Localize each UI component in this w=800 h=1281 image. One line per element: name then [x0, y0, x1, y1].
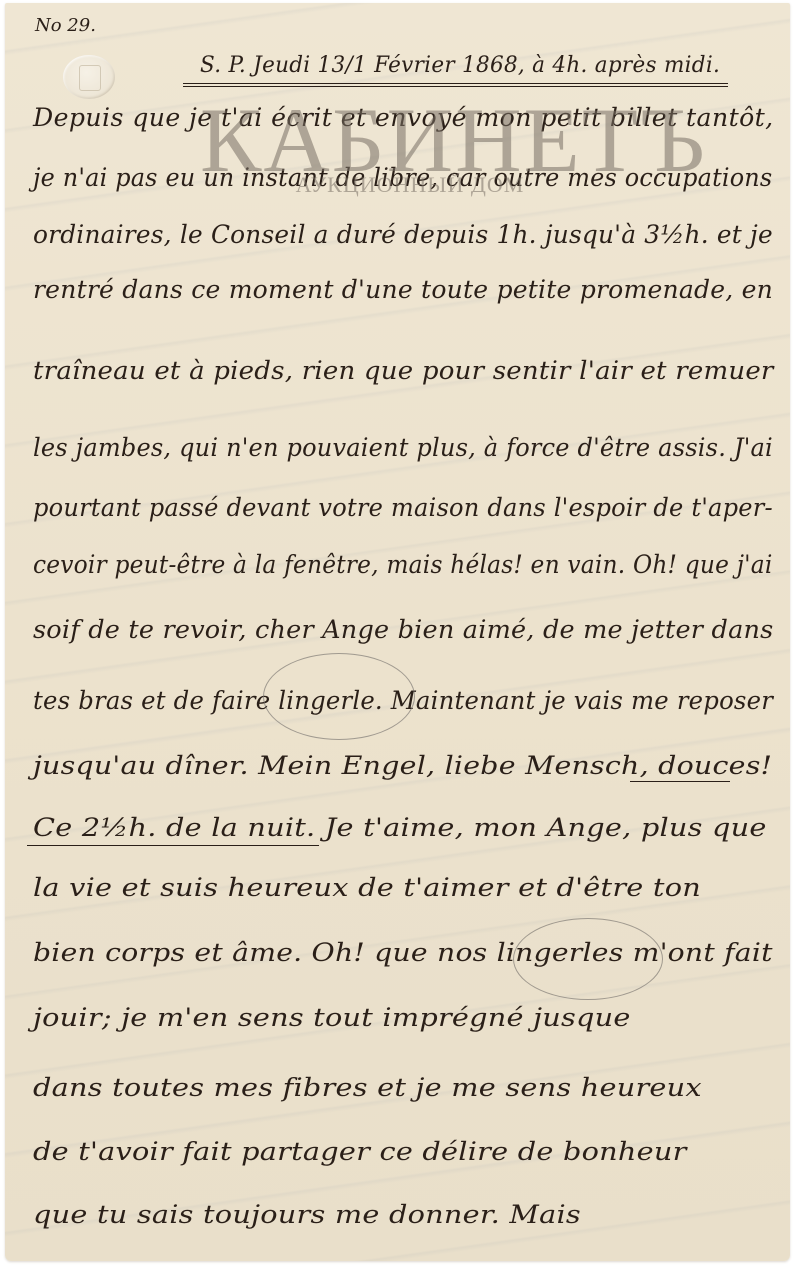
embossed-seal-icon	[63, 55, 115, 99]
letter-line-8: cevoir peut-être à la fenêtre, mais héla…	[33, 550, 772, 579]
letter-line-4: rentré dans ce moment d'une toute petite…	[33, 275, 773, 304]
letter-line-13: la vie et suis heureux de t'aimer et d'ê…	[33, 873, 701, 902]
letter-paper: No 29. S. P. Jeudi 13/1 Février 1868, à …	[5, 3, 790, 1261]
letter-line-15: jouir; je m'en sens tout imprégné jusque	[33, 1003, 631, 1032]
douces-underline	[630, 781, 730, 782]
letter-line-2: je n'ai pas eu un instant de libre, car …	[33, 163, 772, 192]
letter-line-9: soif de te revoir, cher Ange bien aimé, …	[33, 615, 773, 644]
time-underline	[27, 845, 319, 846]
letter-line-10: tes bras et de faire lingerle. Maintenan…	[33, 686, 773, 715]
letter-line-6: les jambes, qui n'en pouvaient plus, à f…	[33, 433, 773, 462]
letter-number: No 29.	[35, 15, 96, 36]
letter-line-7: pourtant passé devant votre maison dans …	[33, 493, 773, 522]
dateline-underline	[183, 83, 728, 87]
letter-line-18: que tu sais toujours me donner. Mais	[33, 1200, 581, 1229]
letter-line-12: Ce 2½h. de la nuit. Je t'aime, mon Ange,…	[33, 813, 767, 842]
letter-line-14: bien corps et âme. Oh! que nos lingerles…	[33, 938, 773, 967]
letter-line-11: jusqu'au dîner. Mein Engel, liebe Mensch…	[33, 751, 772, 780]
document-page: No 29. S. P. Jeudi 13/1 Février 1868, à …	[0, 0, 800, 1281]
letter-line-3: ordinaires, le Conseil a duré depuis 1h.…	[33, 220, 773, 249]
letter-line-16: dans toutes mes fibres et je me sens heu…	[33, 1073, 702, 1102]
seal-crest	[79, 65, 101, 91]
letter-line-1: Depuis que je t'ai écrit et envoyé mon p…	[33, 103, 774, 132]
dateline: S. P. Jeudi 13/1 Février 1868, à 4h. apr…	[200, 53, 720, 78]
letter-line-17: de t'avoir fait partager ce délire de bo…	[33, 1137, 687, 1166]
letter-line-5: traîneau et à pieds, rien que pour senti…	[33, 356, 774, 385]
